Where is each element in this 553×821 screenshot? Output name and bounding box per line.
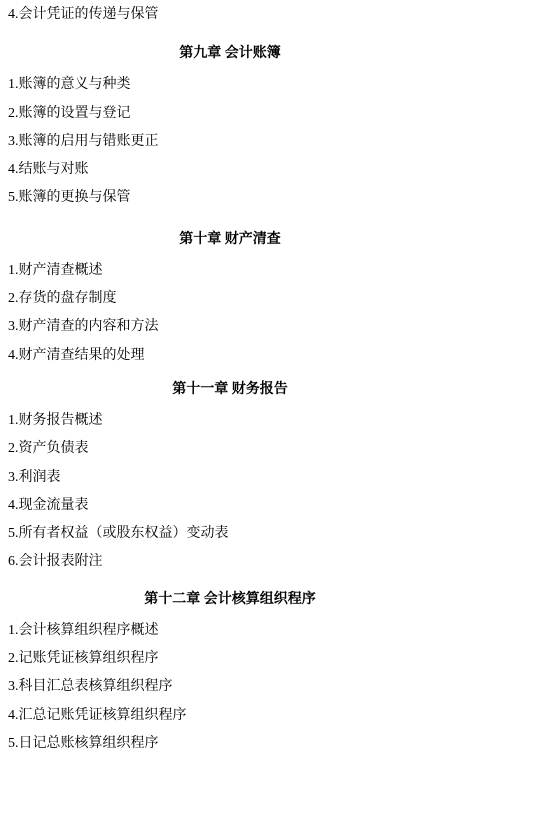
toc-item: 3.科目汇总表核算组织程序 xyxy=(0,680,460,694)
toc-item: 6.会计报表附注 xyxy=(0,555,460,569)
toc-item: 3.账簿的启用与错账更正 xyxy=(0,135,460,149)
toc-item: 2.存货的盘存制度 xyxy=(0,292,460,306)
toc-item: 1.会计核算组织程序概述 xyxy=(0,624,460,638)
chapter-9-heading: 第九章 会计账簿 xyxy=(0,46,460,61)
toc-item: 2.记账凭证核算组织程序 xyxy=(0,652,460,666)
toc-item: 4.会计凭证的传递与保管 xyxy=(0,8,460,22)
toc-item: 3.财产清查的内容和方法 xyxy=(0,320,460,334)
toc-item: 5.账簿的更换与保管 xyxy=(0,191,460,205)
toc-item: 4.财产清查结果的处理 xyxy=(0,349,460,363)
document-page: 4.会计凭证的传递与保管 第九章 会计账簿 1.账簿的意义与种类 2.账簿的设置… xyxy=(0,0,460,751)
toc-item: 4.汇总记账凭证核算组织程序 xyxy=(0,709,460,723)
toc-item: 2.资产负债表 xyxy=(0,442,460,456)
toc-item: 4.结账与对账 xyxy=(0,163,460,177)
toc-item: 5.日记总账核算组织程序 xyxy=(0,737,460,751)
toc-item: 1.财产清查概述 xyxy=(0,264,460,278)
toc-item: 2.账簿的设置与登记 xyxy=(0,107,460,121)
chapter-11-heading: 第十一章 财务报告 xyxy=(0,382,460,397)
toc-item: 3.利润表 xyxy=(0,471,460,485)
toc-item: 1.账簿的意义与种类 xyxy=(0,78,460,92)
toc-item: 5.所有者权益（或股东权益）变动表 xyxy=(0,527,460,541)
toc-item: 1.财务报告概述 xyxy=(0,414,460,428)
toc-item: 4.现金流量表 xyxy=(0,499,460,513)
chapter-10-heading: 第十章 财产清查 xyxy=(0,232,460,247)
chapter-12-heading: 第十二章 会计核算组织程序 xyxy=(0,592,460,607)
